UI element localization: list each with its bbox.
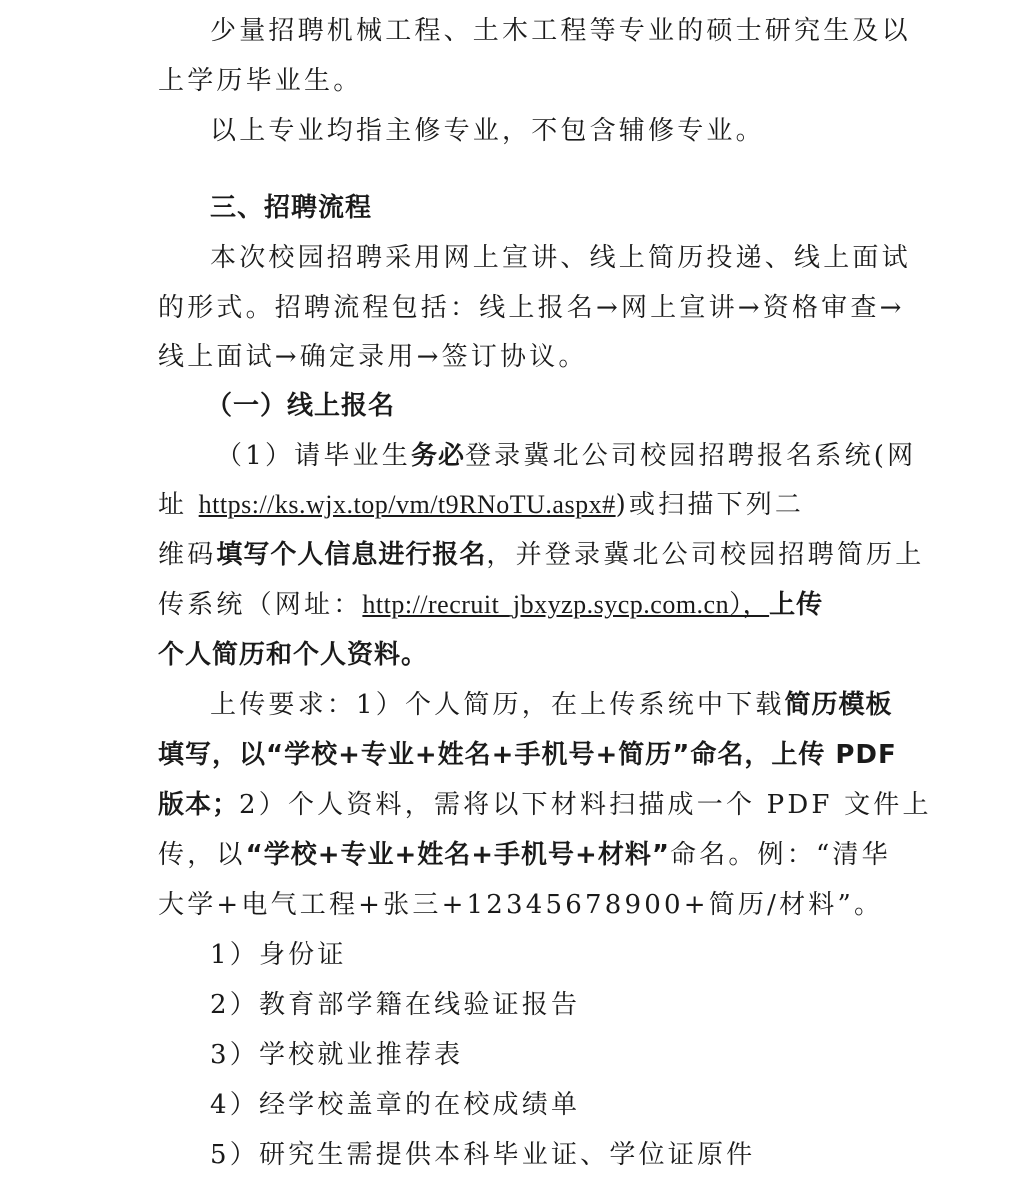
- paragraph-line: 本次校园招聘采用网上宣讲、线上简历投递、线上面试: [210, 243, 922, 273]
- paragraph-line: 线上面试→确定录用→签订协议。: [158, 342, 870, 372]
- paragraph-line: 版本；2）个人资料，需将以下材料扫描成一个 PDF 文件上: [158, 790, 870, 820]
- paragraph-line: 上传要求：1）个人简历，在上传系统中下载简历模板: [210, 690, 922, 720]
- paragraph-line: 以上专业均指主修专业，不包含辅修专业。: [210, 116, 922, 146]
- text: 2）个人资料，需将以下材料扫描成一个 PDF 文件上: [239, 790, 932, 820]
- paragraph-line: 个人简历和个人资料。: [158, 640, 870, 670]
- text: 命名。例：“清华: [670, 840, 891, 870]
- list-item: 1）身份证: [210, 940, 922, 970]
- registration-url-link[interactable]: https://ks.wjx.top/vm/t9RNoTU.aspx#: [199, 490, 616, 519]
- text: （1）请毕业生: [216, 441, 411, 471]
- emphasis-text: 版本；: [158, 790, 239, 820]
- list-item: 5）研究生需提供本科毕业证、学位证原件: [210, 1140, 922, 1170]
- text: 维码: [158, 540, 216, 570]
- emphasis-text: “学校+专业+姓名+手机号+材料”: [246, 840, 670, 870]
- upload-system-url-link[interactable]: http://recruit_jbxyzp.sycp.com.cn），: [362, 590, 769, 619]
- emphasis-text: 上传: [769, 590, 823, 620]
- text: 上传要求：1）个人简历，在上传系统中下载: [210, 690, 785, 720]
- paragraph-line: 大学+电气工程+张三+12345678900+简历/材料”。: [158, 890, 870, 920]
- paragraph-line: 少量招聘机械工程、土木工程等专业的硕士研究生及以: [210, 16, 922, 46]
- paragraph-line: 的形式。招聘流程包括：线上报名→网上宣讲→资格审查→: [158, 293, 870, 323]
- paragraph-line: （1）请毕业生务必登录冀北公司校园招聘报名系统(网: [216, 441, 928, 471]
- paragraph-line: 传，以“学校+专业+姓名+手机号+材料”命名。例：“清华: [158, 840, 870, 870]
- text: )或扫描下列二: [616, 490, 805, 520]
- list-item: 3）学校就业推荐表: [210, 1040, 922, 1070]
- list-item: 2）教育部学籍在线验证报告: [210, 990, 922, 1020]
- emphasis-text: 务必: [411, 441, 465, 471]
- text: 传，以: [158, 840, 246, 870]
- section-heading: 三、招聘流程: [210, 193, 922, 223]
- text: 传系统（网址：: [158, 590, 362, 620]
- paragraph-line: 址 https://ks.wjx.top/vm/t9RNoTU.aspx#)或扫…: [158, 490, 870, 520]
- paragraph-line: 维码填写个人信息进行报名，并登录冀北公司校园招聘简历上: [158, 540, 870, 570]
- list-item: 4）经学校盖章的在校成绩单: [210, 1090, 922, 1120]
- emphasis-text: 填写个人信息进行报名: [216, 540, 486, 570]
- subsection-heading: （一）线上报名: [206, 391, 918, 421]
- paragraph-line: 传系统（网址：http://recruit_jbxyzp.sycp.com.cn…: [158, 590, 870, 620]
- text: 址: [158, 490, 199, 520]
- emphasis-text: 简历模板: [785, 690, 893, 720]
- paragraph-line: 上学历毕业生。: [158, 66, 870, 96]
- text: 登录冀北公司校园招聘报名系统(网: [465, 441, 916, 471]
- paragraph-line: 填写，以“学校+专业+姓名+手机号+简历”命名，上传 PDF: [158, 740, 870, 770]
- text: ，并登录冀北公司校园招聘简历上: [486, 540, 924, 570]
